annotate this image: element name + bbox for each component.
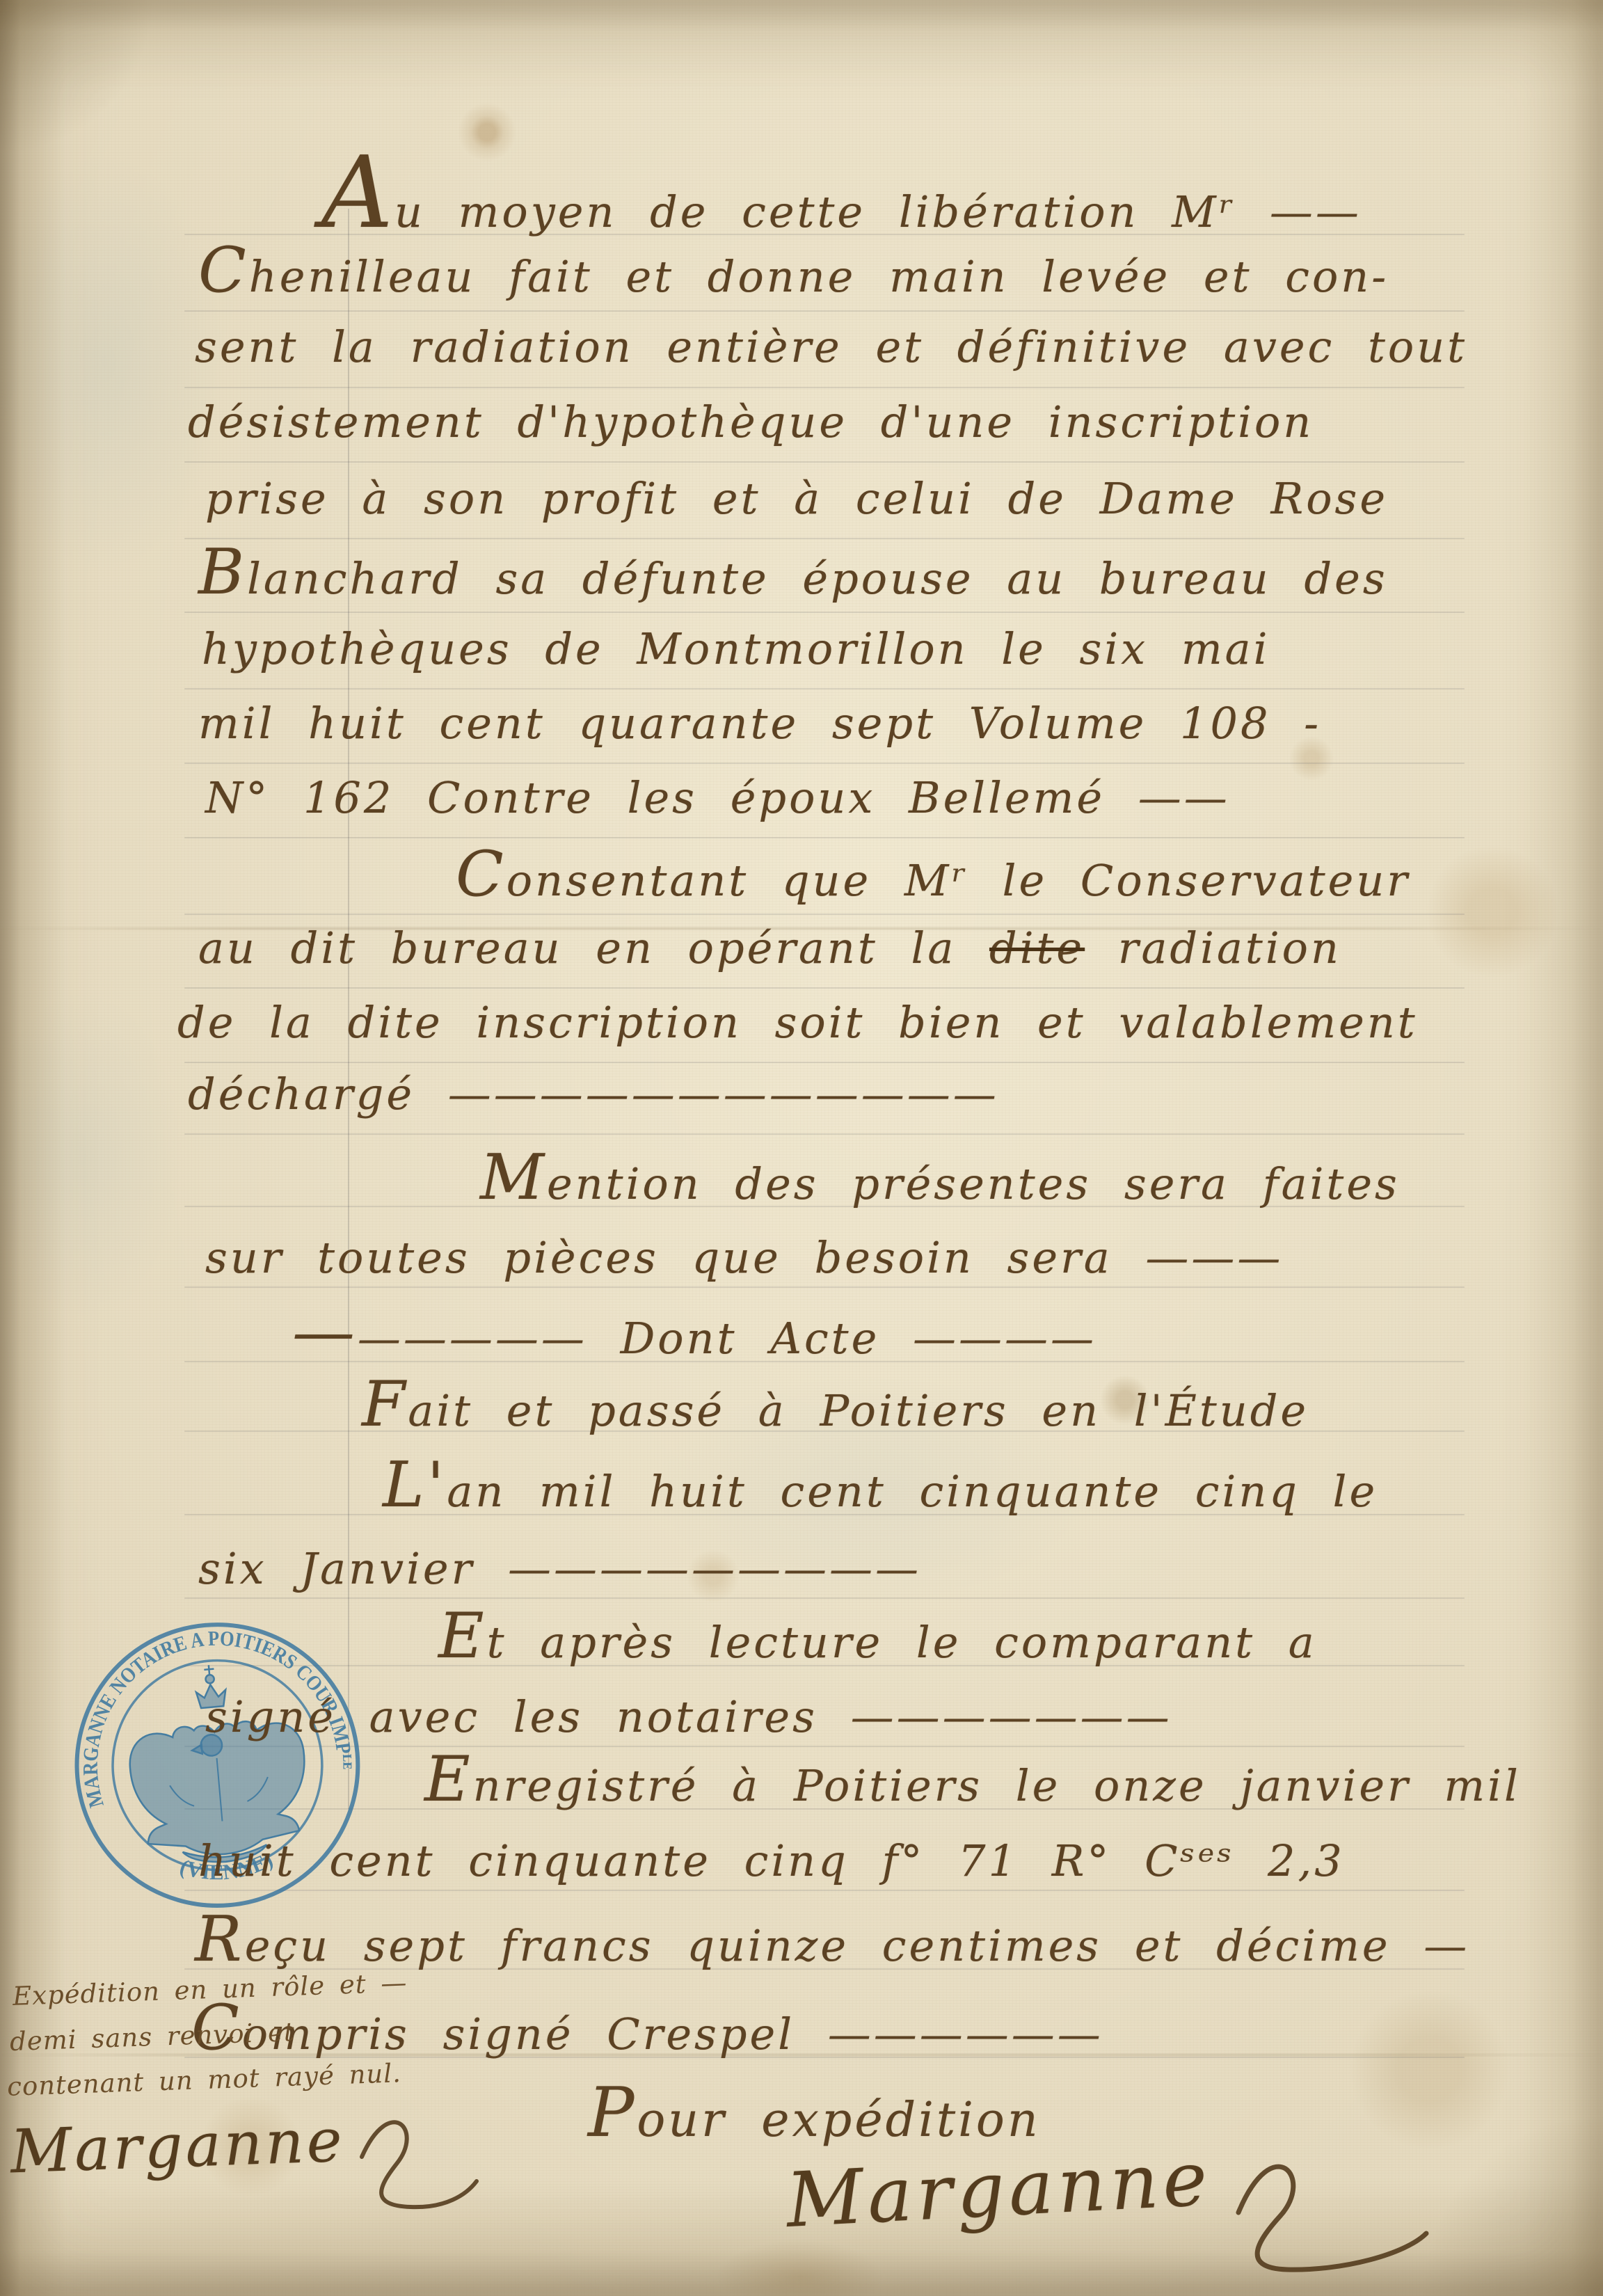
- manuscript-line: Mention des présentes sera faites: [480, 1152, 1400, 1210]
- pencil-guideline: [184, 987, 1465, 989]
- closing-formula: Pour expédition: [588, 2087, 1041, 2146]
- margin-note-line: contenant un mot rayé nul.: [6, 2058, 401, 2102]
- manuscript-line: désistement d'hypothèque d'une inscripti…: [188, 397, 1314, 448]
- manuscript-line: Et après lecture le comparant a: [438, 1611, 1317, 1668]
- pencil-guideline: [184, 538, 1465, 539]
- manuscript-line: Au moyen de cette libération Mʳ ——: [321, 167, 1362, 238]
- pencil-guideline: [184, 387, 1465, 388]
- margin-signature: Marganne: [9, 2106, 346, 2187]
- manuscript-line: Reçu sept francs quinze centimes et déci…: [195, 1914, 1469, 1972]
- manuscript-line: sur toutes pièces que besoin sera ———: [205, 1232, 1283, 1284]
- struck-word: dite: [989, 923, 1085, 973]
- pencil-guideline: [184, 1286, 1465, 1288]
- manuscript-line: L'an mil huit cent cinquante cinq le: [383, 1460, 1378, 1517]
- pencil-guideline: [184, 1746, 1465, 1747]
- notary-signature: Marganne: [784, 2135, 1213, 2245]
- manuscript-line: Chenilleau fait et donne main levée et c…: [198, 245, 1389, 303]
- manuscript-line: hypothèques de Montmorillon le six mai: [202, 623, 1270, 675]
- manuscript-line: Enregistré à Poitiers le onze janvier mi…: [424, 1754, 1521, 1812]
- signature-paraph: [1197, 2150, 1433, 2289]
- manuscript-line: sent la radiation entière et définitive …: [195, 321, 1467, 373]
- pencil-guideline: [184, 310, 1465, 312]
- pencil-guideline: [184, 914, 1465, 915]
- pencil-guideline: [184, 461, 1465, 463]
- manuscript-line: prise à son profit et à celui de Dame Ro…: [205, 473, 1388, 525]
- pencil-guideline: [184, 612, 1465, 613]
- manuscript-line: signé avec les notaires ———————: [205, 1691, 1172, 1743]
- manuscript-line: Blanchard sa défunte épouse au bureau de…: [198, 547, 1388, 605]
- manuscript-line: Compris signé Crespel ——————: [191, 2002, 1103, 2060]
- pencil-guideline: [184, 763, 1465, 764]
- manuscript-line: —————— Dont Acte ————: [292, 1307, 1096, 1364]
- line-text: au dit bureau en opérant la: [198, 923, 989, 973]
- pencil-guideline: [184, 837, 1465, 838]
- manuscript-line: mil huit cent quarante sept Volume 108 -: [198, 698, 1321, 749]
- manuscript-line: de la dite inscription soit bien et vala…: [177, 997, 1418, 1049]
- line-text: radiation: [1085, 923, 1341, 973]
- signature-paraph: [327, 2108, 480, 2226]
- manuscript-line: huit cent cinquante cinq f° 71 R° Cˢᵉˢ 2…: [198, 1835, 1345, 1887]
- manuscript-line: déchargé ————————————: [188, 1069, 999, 1120]
- pencil-guideline: [184, 1062, 1465, 1063]
- manuscript-line: Consentant que Mʳ le Conservateur: [456, 849, 1410, 907]
- manuscript-line: N° 162 Contre les époux Bellemé ——: [205, 772, 1230, 824]
- pencil-guideline: [184, 1133, 1465, 1135]
- manuscript-line: Fait et passé à Poitiers en l'Étude: [362, 1379, 1309, 1437]
- pencil-guideline: [184, 1597, 1465, 1599]
- notarial-deed-page: MARGANNE NOTAIRE A POITIERS COUR IMPᴸᴱ (…: [0, 0, 1603, 2296]
- pencil-guideline: [184, 688, 1465, 689]
- manuscript-line-with-strikeout: au dit bureau en opérant la dite radiati…: [198, 923, 1341, 974]
- manuscript-line: six Janvier —————————: [198, 1543, 921, 1595]
